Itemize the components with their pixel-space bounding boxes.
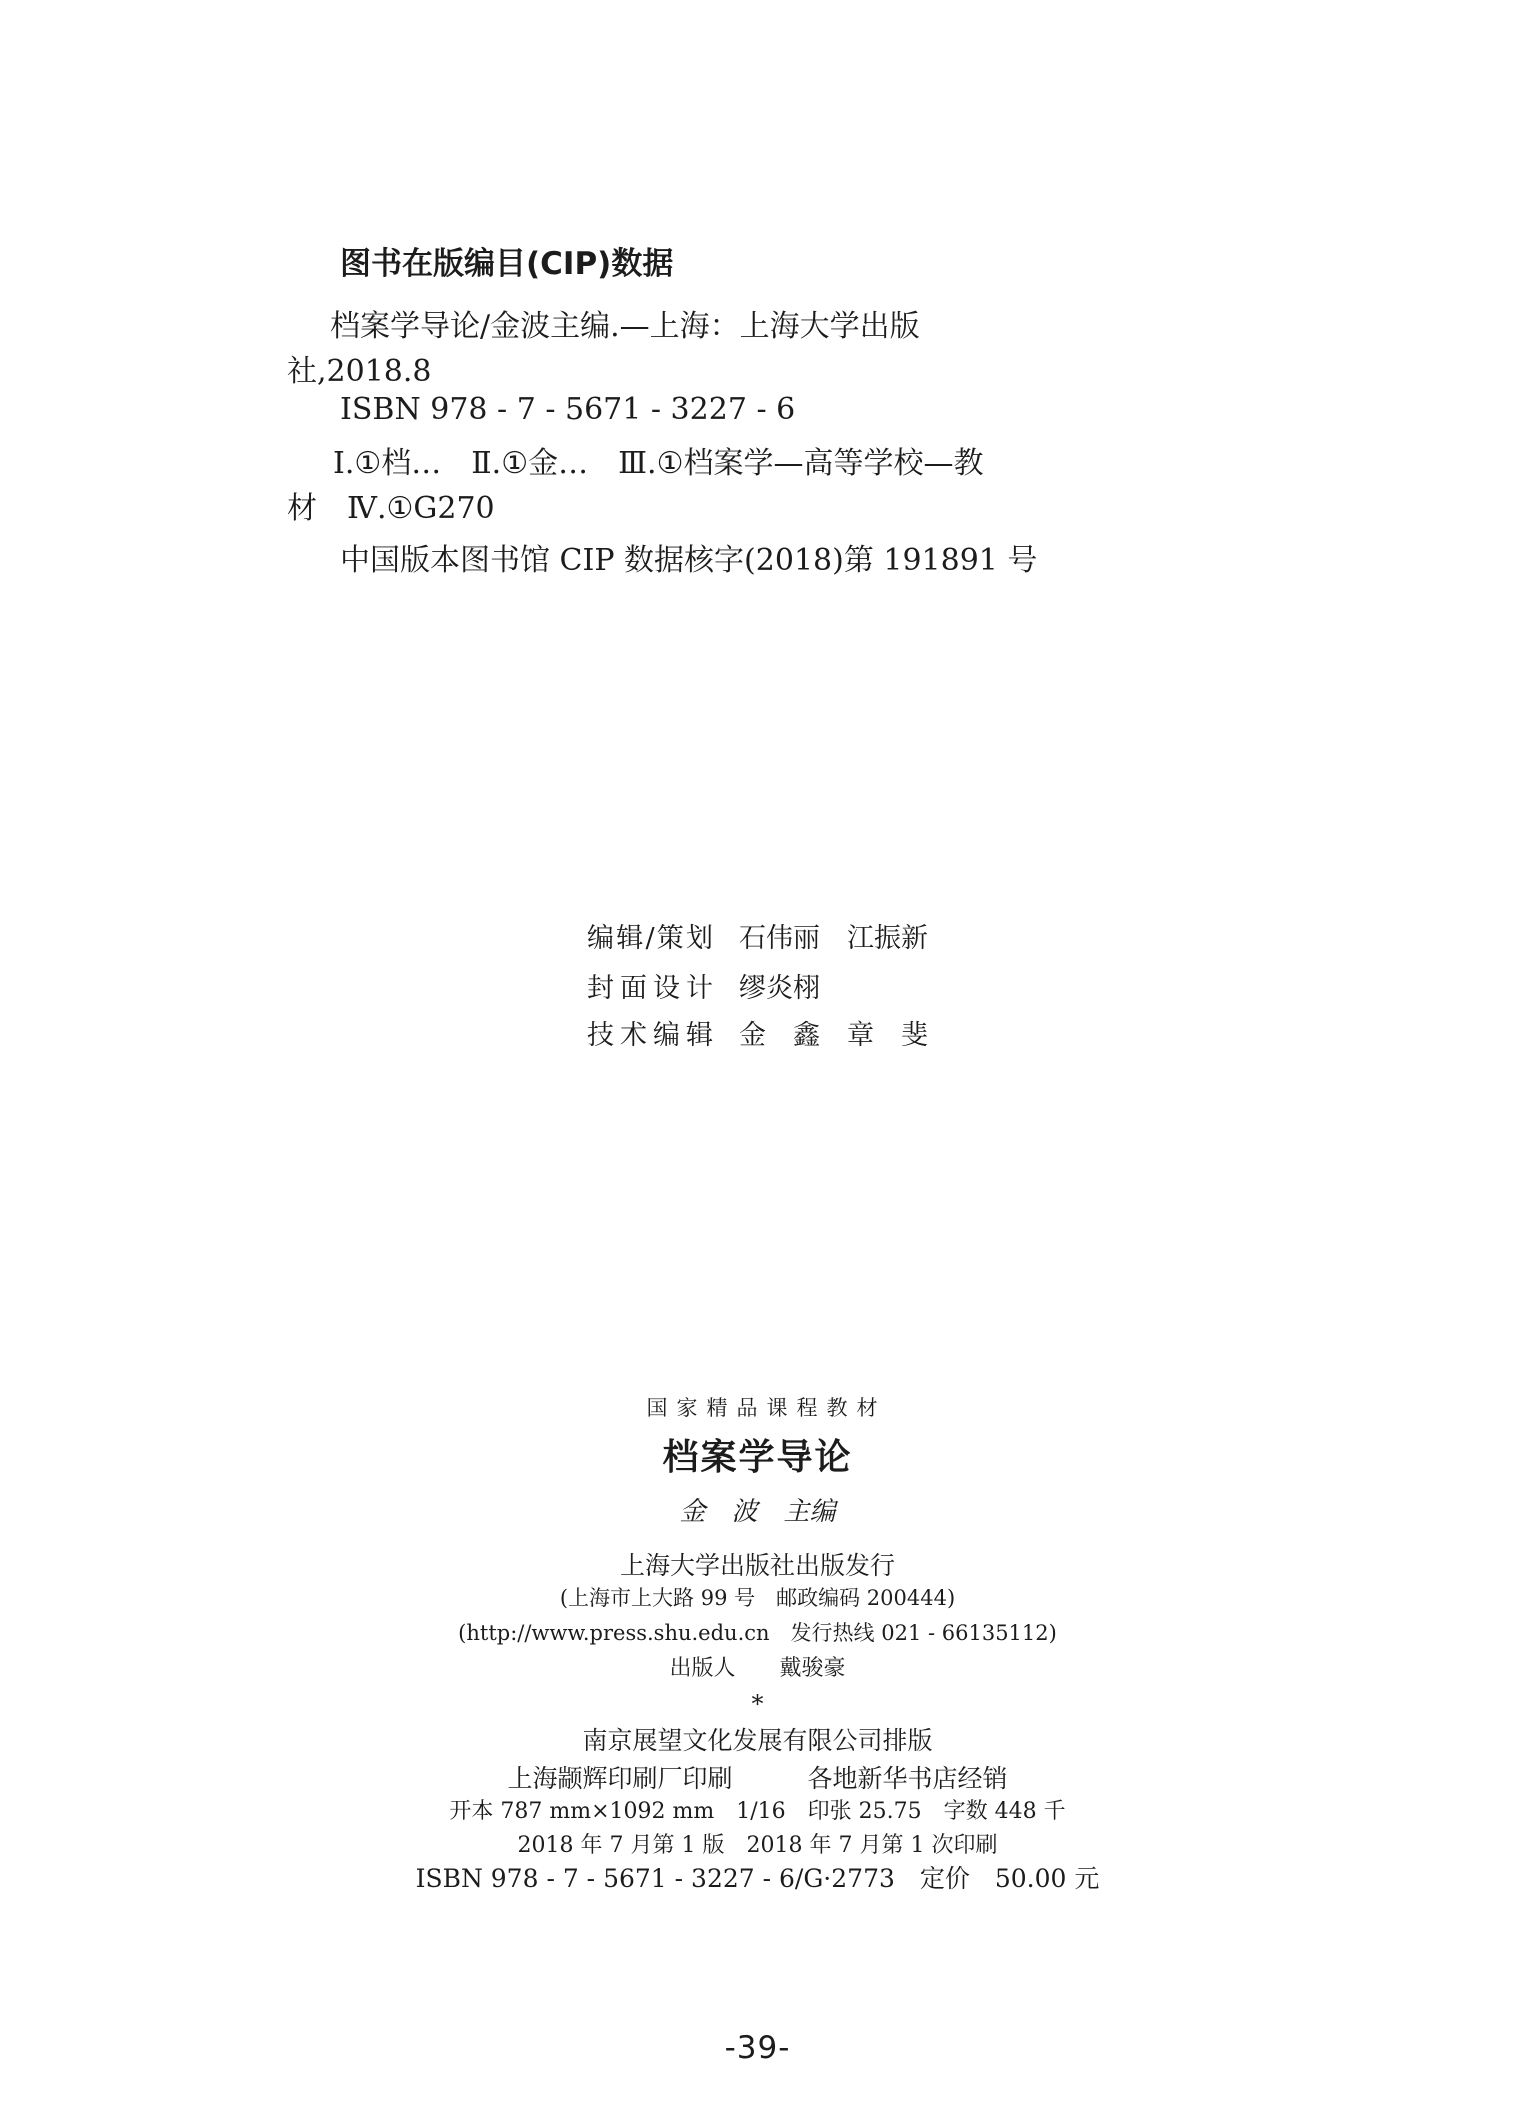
cip-book-line-2: 社,2018.8	[287, 354, 432, 390]
cip-book-line-1: 档案学导论/金波主编.—上海：上海大学出版	[330, 309, 920, 345]
separator-star: *	[0, 1690, 1515, 1719]
cip-isbn-line: ISBN 978 - 7 - 5671 - 3227 - 6	[340, 392, 795, 428]
credit-row-technical-editor: 技术编辑金 鑫 章 斐	[587, 1013, 928, 1052]
colophon-page: 图书在版编目(CIP)数据 档案学导论/金波主编.—上海：上海大学出版 社,20…	[0, 0, 1515, 2117]
publisher-website: (http://www.press.shu.edu.cn 发行热线 021 - …	[0, 1621, 1515, 1646]
credit-row-cover-design: 封面设计缪炎栩	[587, 966, 820, 1005]
credit-names: 石伟丽 江振新	[739, 923, 928, 954]
publisher-person: 出版人 戴骏豪	[0, 1656, 1515, 1682]
series-label: 国家精品课程教材	[0, 1396, 1515, 1421]
credit-label: 封面设计	[587, 966, 713, 1005]
printer-line: 上海颛辉印刷厂印刷 各地新华书店经销	[0, 1764, 1515, 1794]
publisher-address: (上海市上大路 99 号 邮政编码 200444)	[0, 1586, 1515, 1611]
cip-classification-line-1: Ⅰ.①档… Ⅱ.①金… Ⅲ.①档案学—高等学校—教	[333, 446, 983, 482]
book-editor: 金 波 主编	[0, 1497, 1515, 1528]
page-number: -39-	[0, 2030, 1515, 2067]
isbn-price-line: ISBN 978 - 7 - 5671 - 3227 - 6/G·2773 定价…	[0, 1864, 1515, 1894]
credit-row-editor-planner: 编辑/策划石伟丽 江振新	[587, 916, 928, 955]
edition-line: 2018 年 7 月第 1 版 2018 年 7 月第 1 次印刷	[0, 1833, 1515, 1859]
format-line: 开本 787 mm×1092 mm 1/16 印张 25.75 字数 448 千	[0, 1799, 1515, 1825]
typesetter-line: 南京展望文化发展有限公司排版	[0, 1726, 1515, 1756]
credit-label: 编辑/策划	[587, 916, 713, 955]
credit-names: 金 鑫 章 斐	[739, 1020, 928, 1051]
credit-names: 缪炎栩	[739, 973, 820, 1004]
cip-heading: 图书在版编目(CIP)数据	[340, 246, 673, 283]
book-title: 档案学导论	[0, 1436, 1515, 1479]
cip-record-line: 中国版本图书馆 CIP 数据核字(2018)第 191891 号	[340, 543, 1037, 579]
credit-label: 技术编辑	[587, 1013, 713, 1052]
publisher-line: 上海大学出版社出版发行	[0, 1551, 1515, 1581]
cip-classification-line-2: 材 Ⅳ.①G270	[287, 491, 495, 527]
